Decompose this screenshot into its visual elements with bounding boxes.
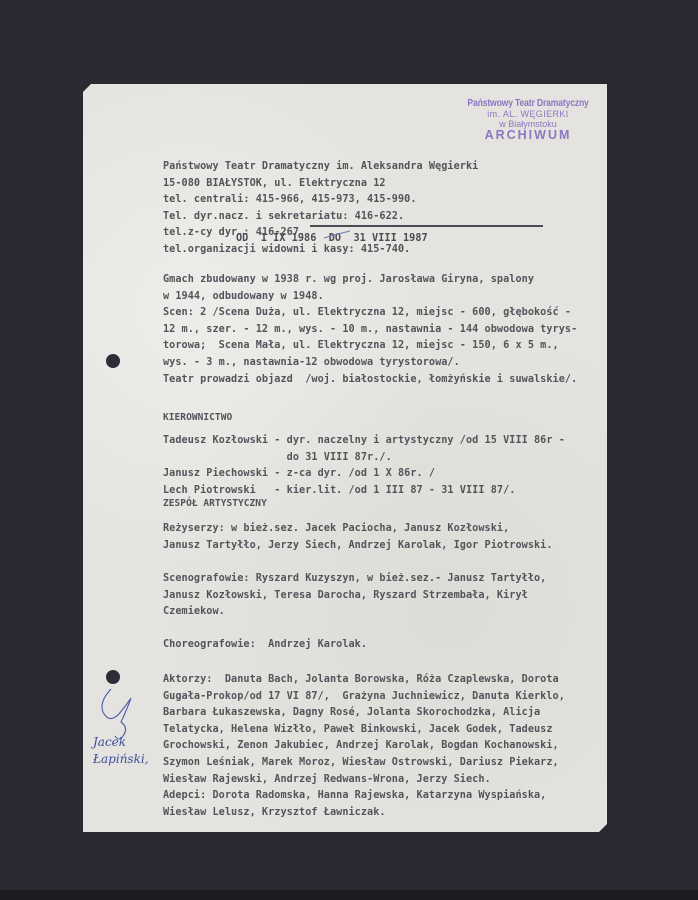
text-line: torowa; Scena Mała, ul. Elektryczna 12, … bbox=[163, 338, 577, 355]
text-line: Barbara Łukaszewska, Dagny Rosé, Jolanta… bbox=[163, 705, 565, 722]
pen-stroke-mark bbox=[323, 230, 351, 240]
text-line: Janusz Tartyłło, Jerzy Siech, Andrzej Ka… bbox=[163, 538, 553, 555]
kierownictwo-list: Tadeusz Kozłowski - dyr. naczelny i arty… bbox=[163, 433, 565, 499]
text-line: wys. - 3 m., nastawnia-12 obwodowa tyrys… bbox=[163, 355, 577, 372]
text-line: do 31 VIII 87r./. bbox=[163, 450, 565, 467]
text-line: Wiesław Lelusz, Krzysztof Ławniczak. bbox=[163, 805, 565, 822]
aktorzy-paragraph: Aktorzy: Danuta Bach, Jolanta Borowska, … bbox=[163, 672, 565, 821]
document-page: Państwowy Teatr Dramatyczny im. AL. WĘGI… bbox=[83, 84, 607, 832]
kierownictwo-heading: KIEROWNICTWO bbox=[163, 410, 232, 427]
text-line: Scen: 2 /Scena Duża, ul. Elektryczna 12,… bbox=[163, 305, 577, 322]
text-line: tel.z-cy dyr.: 416-267. bbox=[163, 225, 478, 242]
handwritten-note: Jacek Łapiński, bbox=[93, 734, 149, 768]
text-line: Adepci: Dorota Radomska, Hanna Rajewska,… bbox=[163, 788, 565, 805]
scenografowie-paragraph: Scenografowie: Ryszard Kuzyszyn, w bież.… bbox=[163, 571, 546, 621]
text-line: Janusz Kozłowski, Teresa Darocha, Ryszar… bbox=[163, 588, 546, 605]
text-line: Reżyserzy: w bież.sez. Jacek Paciocha, J… bbox=[163, 521, 553, 538]
text-line: Tel. dyr.nacz. i sekretariatu: 416-622. bbox=[163, 209, 478, 226]
text-line: Tadeusz Kozłowski - dyr. naczelny i arty… bbox=[163, 433, 565, 450]
text-line: Szymon Leśniak, Marek Moroz, Wiesław Ost… bbox=[163, 755, 565, 772]
text-line: 15-080 BIAŁYSTOK, ul. Elektryczna 12 bbox=[163, 176, 478, 193]
building-history-block: Gmach zbudowany w 1938 r. wg proj. Jaros… bbox=[163, 272, 577, 388]
text-line: Aktorzy: Danuta Bach, Jolanta Borowska, … bbox=[163, 672, 565, 689]
text-line: Janusz Piechowski - z-ca dyr. /od 1 X 86… bbox=[163, 466, 565, 483]
archive-stamp: Państwowy Teatr Dramatyczny im. AL. WĘGI… bbox=[463, 97, 593, 142]
stamp-line-4: ARCHIWUM bbox=[463, 129, 593, 142]
zespol-heading: ZESPÓŁ ARTYSTYCZNY bbox=[163, 496, 267, 513]
punch-hole bbox=[106, 354, 120, 368]
text-line: Gmach zbudowany w 1938 r. wg proj. Jaros… bbox=[163, 272, 577, 289]
text-line: Gugała-Prokop/od 17 VI 87/, Grażyna Juch… bbox=[163, 689, 565, 706]
text-line: Wiesław Rajewski, Andrzej Redwans-Wrona,… bbox=[163, 772, 565, 789]
text-line: Scenografowie: Ryszard Kuzyszyn, w bież.… bbox=[163, 571, 546, 588]
text-line: tel.organizacji widowni i kasy: 415-740. bbox=[163, 242, 478, 259]
text-line: Teatr prowadzi objazd /woj. białostockie… bbox=[163, 372, 577, 389]
text-line: 12 m., szer. - 12 m., wys. - 10 m., nast… bbox=[163, 322, 577, 339]
text-line: Czemiekow. bbox=[163, 604, 546, 621]
stamp-line-2: im. AL. WĘGIERKI bbox=[463, 109, 593, 119]
text-line: Choreografowie: Andrzej Karolak. bbox=[163, 637, 367, 654]
theatre-contact-block: Państwowy Teatr Dramatyczny im. Aleksand… bbox=[163, 159, 478, 259]
text-line: Telatycka, Helena Wizłło, Paweł Binkowsk… bbox=[163, 722, 565, 739]
scanner-background-band bbox=[0, 890, 698, 900]
rezyserzy-paragraph: Reżyserzy: w bież.sez. Jacek Paciocha, J… bbox=[163, 521, 553, 554]
stamp-line-1: Państwowy Teatr Dramatyczny bbox=[467, 97, 580, 109]
text-line: Grochowski, Zenon Jakubiec, Andrzej Karo… bbox=[163, 738, 565, 755]
choreografowie-paragraph: Choreografowie: Andrzej Karolak. bbox=[163, 637, 367, 654]
punch-hole bbox=[106, 670, 120, 684]
text-line: w 1944, odbudowany w 1948. bbox=[163, 289, 577, 306]
text-line: tel. centrali: 415-966, 415-973, 415-990… bbox=[163, 192, 478, 209]
text-line: Państwowy Teatr Dramatyczny im. Aleksand… bbox=[163, 159, 478, 176]
